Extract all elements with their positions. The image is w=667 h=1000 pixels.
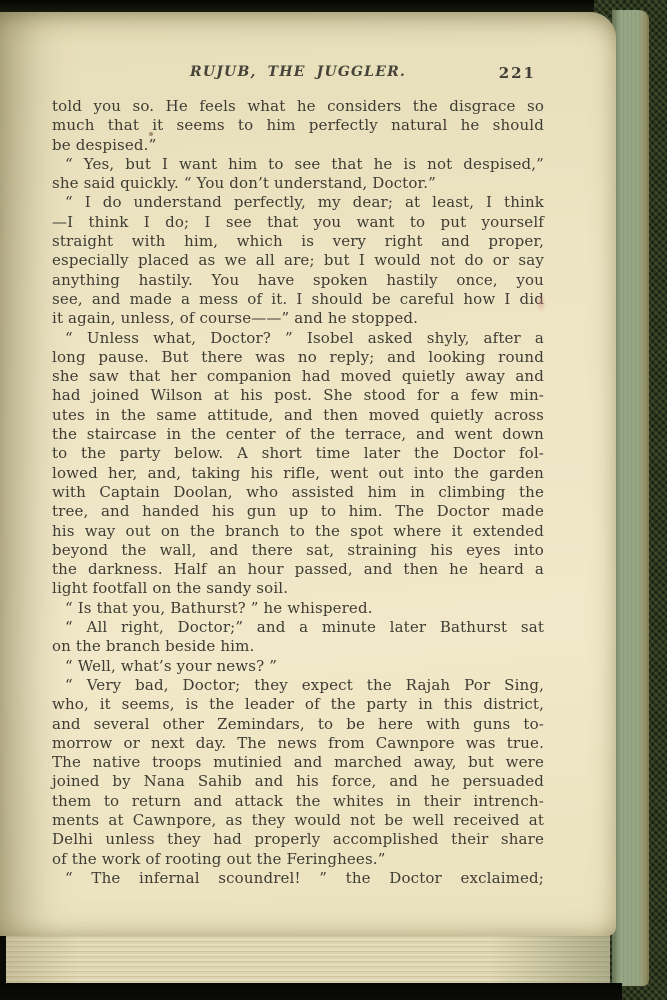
text-line: “ Very bad, Doctor; they expect the Raja… — [52, 676, 544, 695]
text-line: them to return and attack the whites in … — [52, 792, 544, 811]
page-stain — [536, 294, 546, 312]
text-line: “ Well, what’s your news? ” — [52, 657, 544, 676]
text-line: morrow or next day. The news from Cawnpo… — [52, 734, 544, 753]
text-line: his way out on the branch to the spot wh… — [52, 522, 544, 541]
text-line: “ Unless what, Doctor? ” Isobel asked sh… — [52, 329, 544, 348]
text-line: be despised.” — [52, 136, 544, 155]
text-line: tree, and handed his gun up to him. The … — [52, 502, 544, 521]
text-line: joined by Nana Sahib and his force, and … — [52, 772, 544, 791]
text-line: had joined Wilson at his post. She stood… — [52, 386, 544, 405]
page-number: 221 — [499, 64, 536, 82]
text-line: it again, unless, of course——” and he st… — [52, 309, 544, 328]
text-line: she saw that her companion had moved qui… — [52, 367, 544, 386]
text-line: much that it seems to him perfectly natu… — [52, 116, 544, 135]
text-line: lowed her, and, taking his rifle, went o… — [52, 464, 544, 483]
text-line: “ I do understand perfectly, my dear; at… — [52, 193, 544, 212]
text-line: “ Yes, but I want him to see that he is … — [52, 155, 544, 174]
page-edges-right — [612, 10, 649, 986]
text-line: on the branch beside him. — [52, 637, 544, 656]
text-line: to the party below. A short time later t… — [52, 444, 544, 463]
text-line: straight with him, which is very right a… — [52, 232, 544, 251]
text-line: The native troops mutinied and marched a… — [52, 753, 544, 772]
text-line: the darkness. Half an hour passed, and t… — [52, 560, 544, 579]
text-line: and several other Zemindars, to be here … — [52, 715, 544, 734]
text-line: ments at Cawnpore, as they would not be … — [52, 811, 544, 830]
text-line: light footfall on the sandy soil. — [52, 579, 544, 598]
text-line: “ All right, Doctor;” and a minute later… — [52, 618, 544, 637]
text-line: —I think I do; I see that you want to pu… — [52, 213, 544, 232]
text-line: Delhi unless they had properly accomplis… — [52, 830, 544, 849]
text-line: long pause. But there was no reply; and … — [52, 348, 544, 367]
text-line: told you so. He feels what he considers … — [52, 97, 544, 116]
text-line: beyond the wall, and there sat, strainin… — [52, 541, 544, 560]
text-line: the staircase in the center of the terra… — [52, 425, 544, 444]
running-header: RUJUB, THE JUGGLER. 221 — [52, 64, 544, 86]
body-text: told you so. He feels what he considers … — [52, 97, 544, 888]
text-line: she said quickly. “ You don’t understand… — [52, 174, 544, 193]
text-line: utes in the same attitude, and then move… — [52, 406, 544, 425]
bottom-shadow-band — [0, 983, 622, 1000]
text-line: see, and made a mess of it. I should be … — [52, 290, 544, 309]
page-speck — [149, 132, 153, 136]
text-line: especially placed as we all are; but I w… — [52, 251, 544, 270]
text-line: “ Is that you, Bathurst? ” he whispered. — [52, 599, 544, 618]
book-photo: RUJUB, THE JUGGLER. 221 told you so. He … — [0, 0, 667, 1000]
text-line: “ The infernal scoundrel! ” the Doctor e… — [52, 869, 544, 888]
book-page: RUJUB, THE JUGGLER. 221 told you so. He … — [0, 12, 616, 936]
text-line: of the work of rooting out the Feringhee… — [52, 850, 544, 869]
text-line: with Captain Doolan, who assisted him in… — [52, 483, 544, 502]
page-edges-bottom — [6, 934, 610, 986]
header-title: RUJUB, THE JUGGLER. — [52, 64, 544, 80]
text-line: anything hastily. You have spoken hastil… — [52, 271, 544, 290]
text-line: who, it seems, is the leader of the part… — [52, 695, 544, 714]
